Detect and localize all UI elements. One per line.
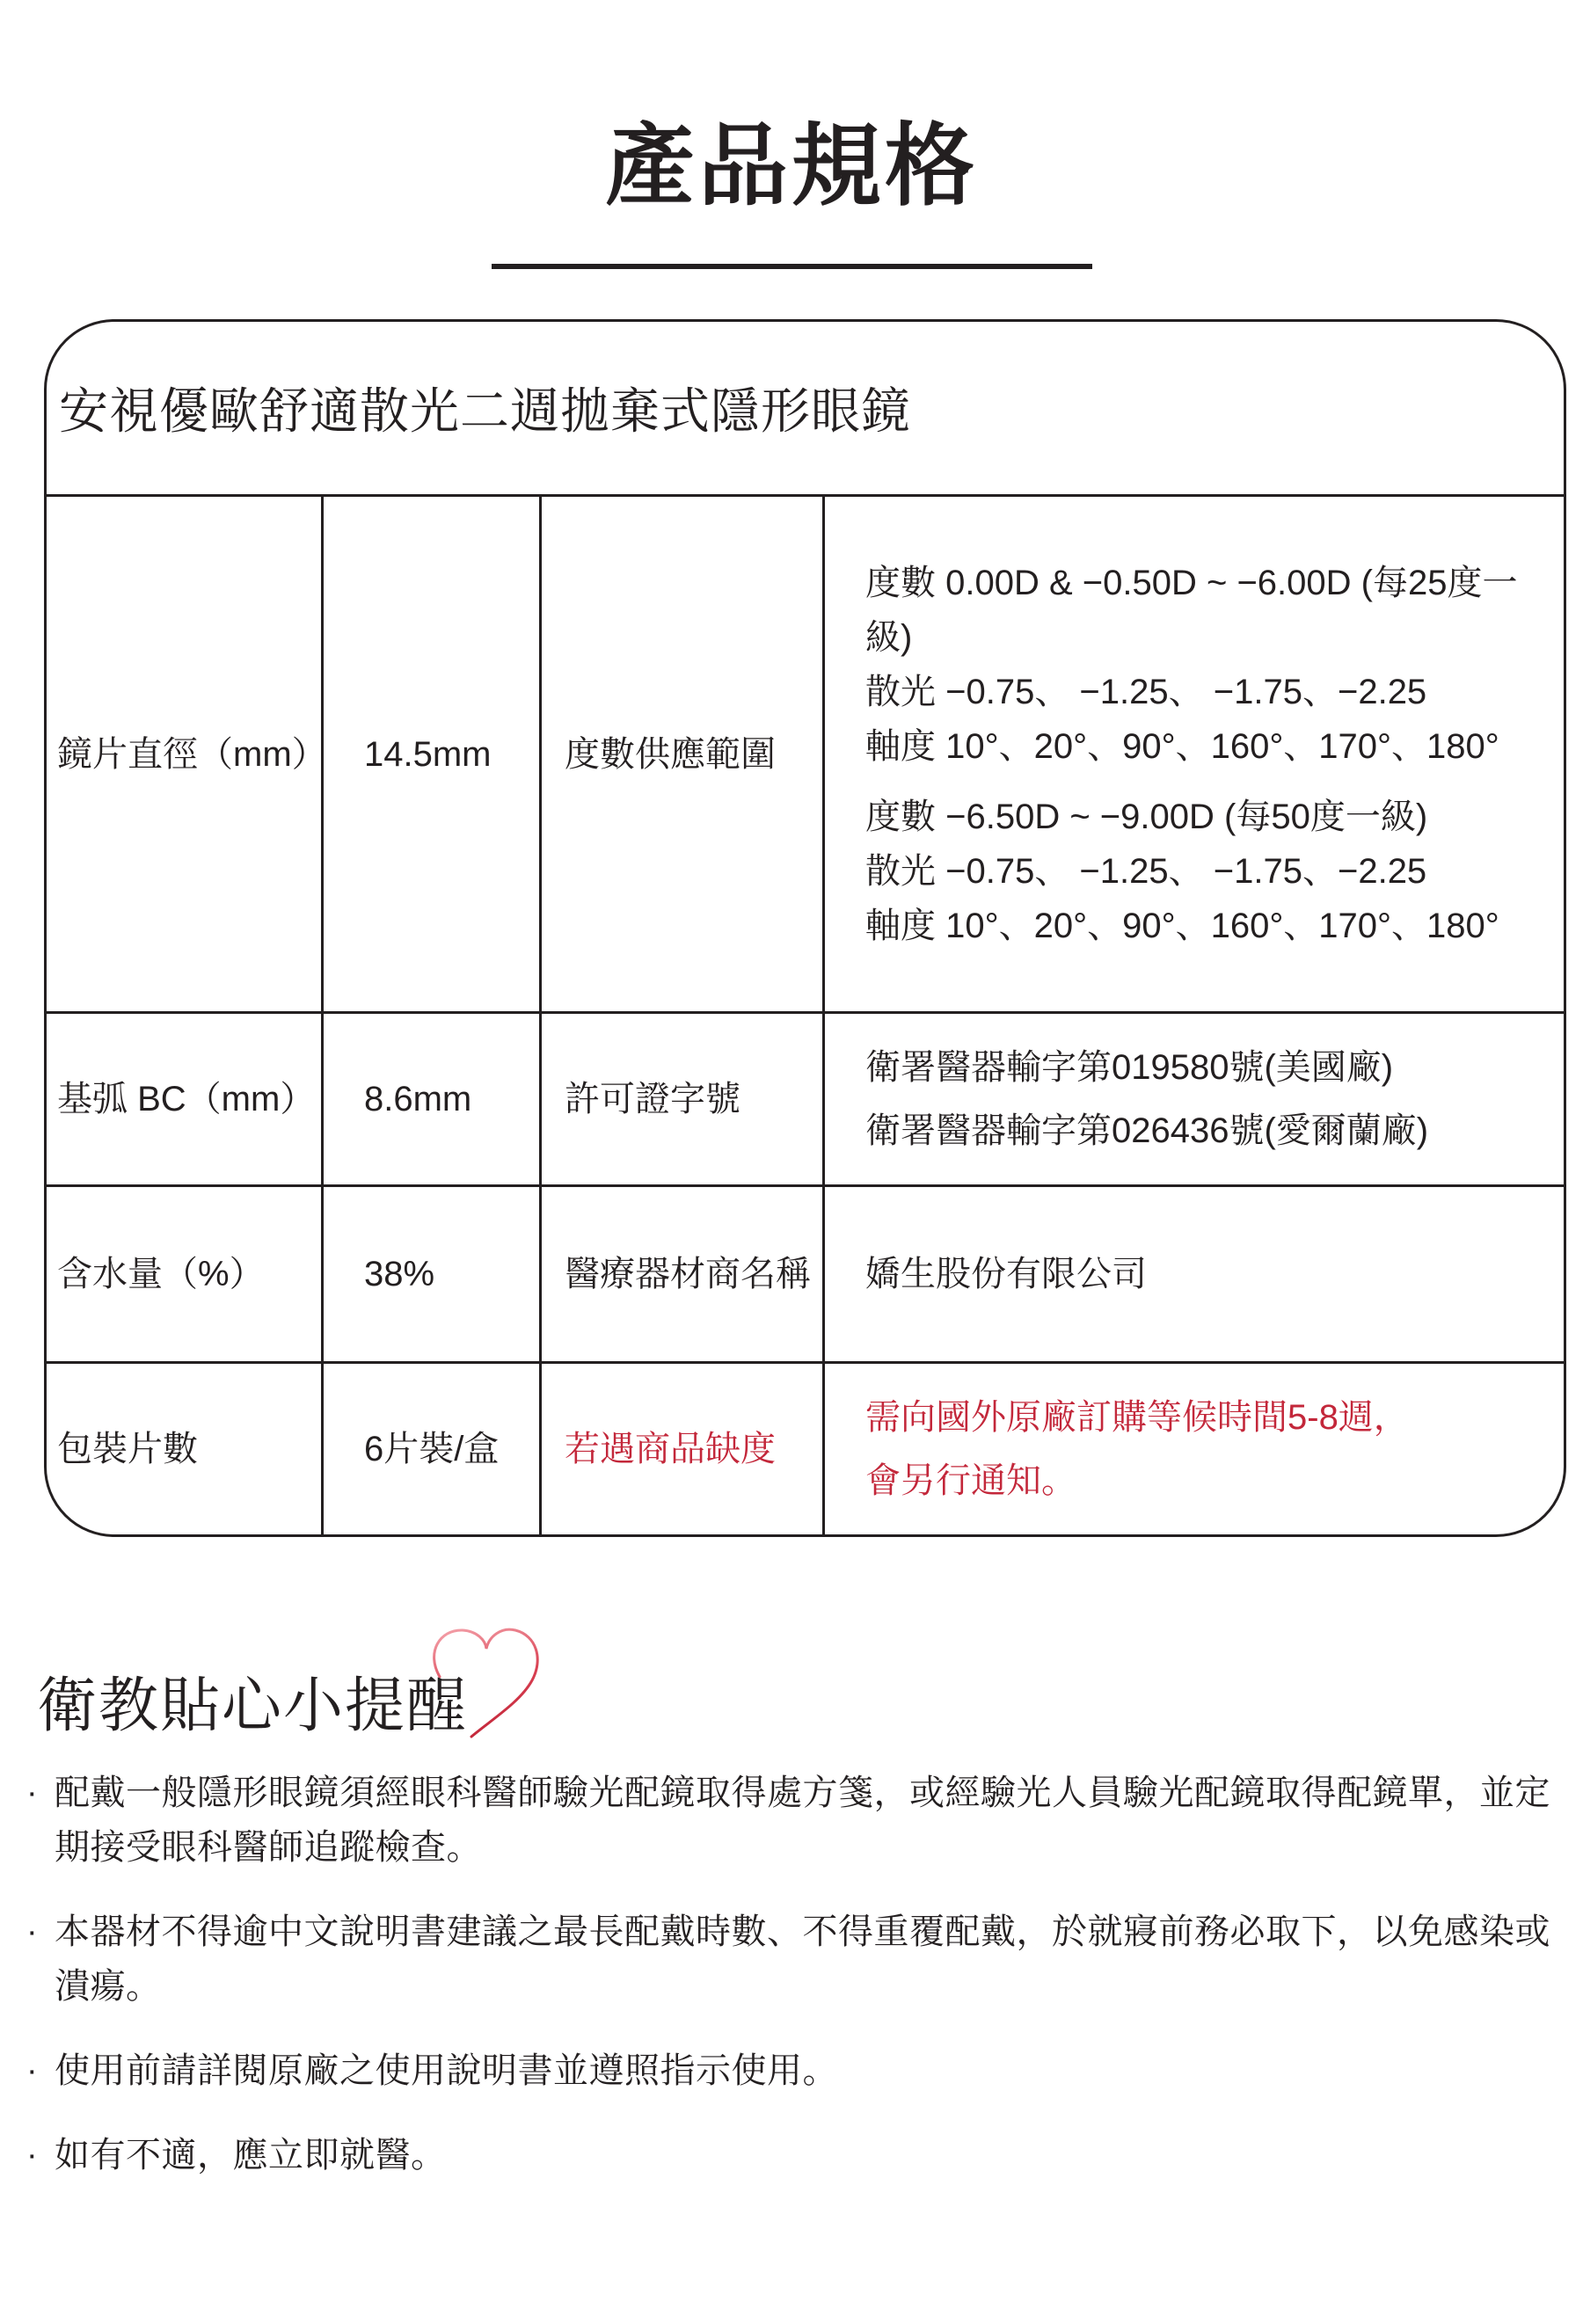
note-text-see-doctor: 如有不適，應立即就醫。 [55,2128,447,2182]
list-item: · 配戴一般隱形眼鏡須經眼科醫師驗光配鏡取得處方箋，或經驗光人員驗光配鏡取得配鏡… [26,1766,1553,1875]
row-license-label: 許可證字號 [539,1014,822,1187]
title-underline [492,264,1092,269]
row-vendor-label: 醫療器材商名稱 [539,1187,822,1364]
note-text-prescription: 配戴一般隱形眼鏡須經眼科醫師驗光配鏡取得處方箋，或經驗光人員驗光配鏡取得配鏡單，… [55,1766,1550,1875]
row-diameter-label: 鏡片直徑（mm） [47,497,321,1014]
row-power-range-label: 度數供應範圍 [539,497,822,1014]
note-text-wear-time: 本器材不得逾中文說明書建議之最長配戴時數、不得重覆配戴，於就寢前務必取下，以免感… [55,1905,1550,2014]
row-base-curve-label: 基弧 BC（mm） [47,1014,321,1187]
bullet-dot: · [26,2044,55,2098]
row-pack-count-value: 6片裝/盒 [321,1364,539,1534]
shortage-notice: 需向國外原廠訂購等候時間5-8週， 會另行通知。 [865,1386,1543,1512]
row-water-content-value: 38% [321,1187,539,1364]
list-item: · 本器材不得逾中文說明書建議之最長配戴時數、不得重覆配戴，於就寢前務必取下，以… [26,1905,1553,2014]
row-pack-count-label: 包裝片數 [47,1364,321,1534]
row-diameter-value: 14.5mm [321,497,539,1014]
power-range-block-2: 度數 −6.50D ~ −9.00D (每50度一級) 散光 −0.75、 −1… [865,790,1543,953]
license-numbers: 衛署醫器輸字第019580號(美國廠) 衛署醫器輸字第026436號(愛爾蘭廠) [865,1036,1543,1162]
notes-heading: 衛教貼心小提醒 [37,1658,468,1744]
spec-table: 安視優歐舒適散光二週拋棄式隱形眼鏡 鏡片直徑（mm） 14.5mm 度數供應範圍… [44,319,1566,1537]
power-range-block-1: 度數 0.00D & −0.50D ~ −6.00D (每25度一級) 散光 −… [865,556,1543,774]
note-text-read-manual: 使用前請詳閱原廠之使用說明書並遵照指示使用。 [55,2044,838,2098]
list-item: · 如有不適，應立即就醫。 [26,2128,1553,2182]
row-water-content-label: 含水量（%） [47,1187,321,1364]
row-shortage-value: 需向國外原廠訂購等候時間5-8週， 會另行通知。 [822,1364,1564,1534]
notes-list: · 配戴一般隱形眼鏡須經眼科醫師驗光配鏡取得處方箋，或經驗光人員驗光配鏡取得配鏡… [26,1766,1553,2212]
bullet-dot: · [26,1766,55,1820]
bullet-dot: · [26,1905,55,1959]
row-vendor-value: 嬌生股份有限公司 [822,1187,1564,1364]
row-license-value: 衛署醫器輸字第019580號(美國廠) 衛署醫器輸字第026436號(愛爾蘭廠) [822,1014,1564,1187]
bullet-dot: · [26,2128,55,2182]
page-title: 產品規格 [0,117,1583,215]
row-shortage-label: 若遇商品缺度 [539,1364,822,1534]
list-item: · 使用前請詳閱原廠之使用說明書並遵照指示使用。 [26,2044,1553,2098]
row-base-curve-value: 8.6mm [321,1014,539,1187]
row-power-range-value: 度數 0.00D & −0.50D ~ −6.00D (每25度一級) 散光 −… [822,497,1564,1014]
product-spec-page: 產品規格 安視優歐舒適散光二週拋棄式隱形眼鏡 鏡片直徑（mm） 14.5mm 度… [0,0,1583,2324]
product-name-header: 安視優歐舒適散光二週拋棄式隱形眼鏡 [47,322,1564,497]
